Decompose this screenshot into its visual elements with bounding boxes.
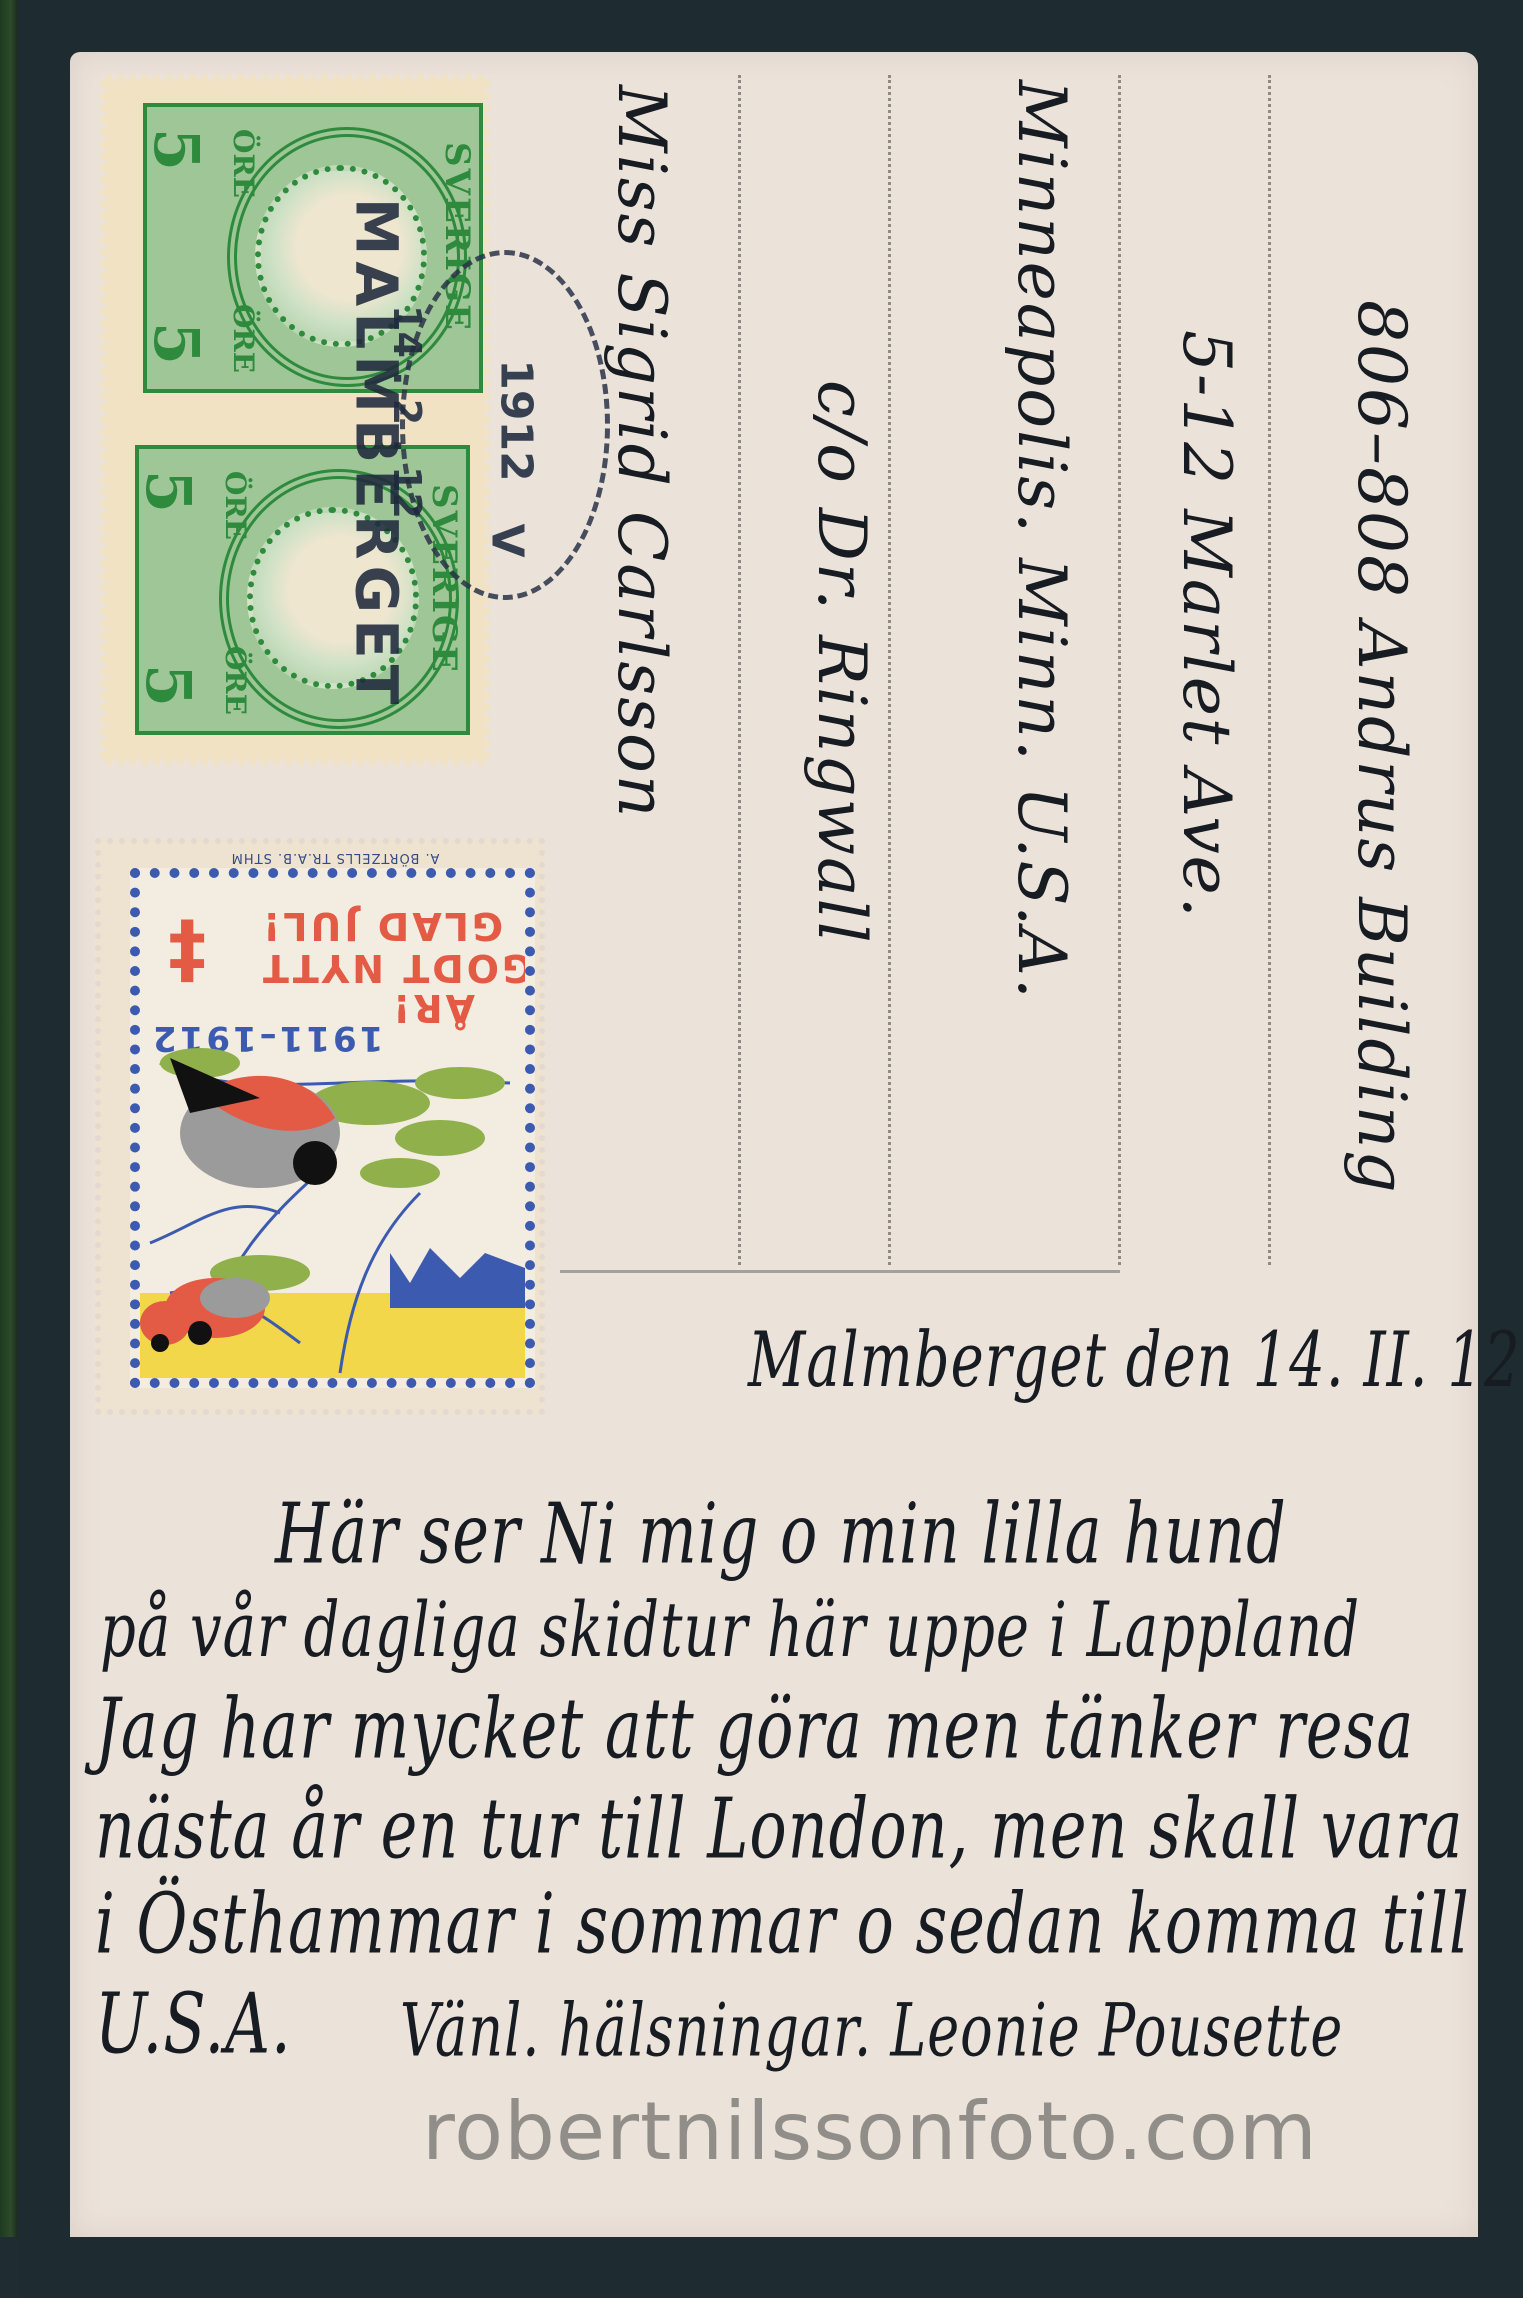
address-line-3: Minneapolis. Minn. U.S.A.	[1003, 80, 1080, 1001]
postmark-date: 14 . 2 . 12	[385, 305, 429, 519]
message-line-5: i Östhammar i sommar o sedan komma till	[95, 1874, 1470, 1973]
message-line-2: på vår dagliga skidtur här uppe i Lappla…	[100, 1587, 1360, 1675]
address-bottom-rule	[560, 1270, 1120, 1273]
address-divider-2	[888, 75, 891, 1265]
seal-greeting-upside-down: GLAD JUL! GODT NYTT ÅR! 1911–1912 ‡	[140, 878, 525, 1058]
seal-line-2: GODT NYTT	[260, 946, 533, 990]
message-signature: Vänl. hälsningar. Leonie Pousette	[400, 1988, 1343, 2073]
address-line-1: Miss Sigrid Carlsson	[603, 85, 680, 819]
message-line-4: nästa år en tur till London, men skall v…	[95, 1779, 1463, 1878]
address-line-2: c/o Dr. Ringwall	[803, 380, 880, 945]
seal-line-1: GLAD JUL!	[260, 904, 503, 948]
stamp-value-bottom: 5	[140, 322, 213, 365]
stamp-value-bottom: 5	[132, 664, 205, 707]
postmark-marker: V	[482, 523, 533, 557]
message-line-6: U.S.A.	[95, 1974, 292, 2073]
address-line-4: 5-12 Marlet Ave.	[1168, 330, 1245, 920]
christmas-seal: GLAD JUL! GODT NYTT ÅR! 1911–1912 ‡	[130, 868, 535, 1388]
message-place-date: Malmberget den 14. II. 12	[748, 1317, 1521, 1405]
message-line-1: Här ser Ni mig o min lilla hund	[275, 1484, 1287, 1583]
seal-bullfinch-illustration	[140, 1043, 525, 1378]
address-divider-3	[1118, 75, 1121, 1265]
address-divider-1	[738, 75, 741, 1265]
message-line-3: Jag har mycket att göra men tänker resa	[95, 1679, 1414, 1778]
double-barred-cross-icon: ‡	[168, 909, 206, 998]
address-line-5: 806–808 Andrus Building	[1343, 300, 1420, 1195]
address-divider-4	[1268, 75, 1271, 1265]
album-edge-strip	[0, 0, 18, 2237]
watermark-text: robertnilssonfoto.com	[422, 2085, 1318, 2178]
seal-line-3: ÅR!	[390, 986, 475, 1030]
seal-printer-imprint: A. BÖRTZELLS TR.A.B. STHM	[205, 850, 465, 865]
postmark-year: 1912	[491, 359, 542, 481]
stamp-value-top: 5	[132, 470, 205, 513]
stamp-value-top: 5	[140, 128, 213, 171]
